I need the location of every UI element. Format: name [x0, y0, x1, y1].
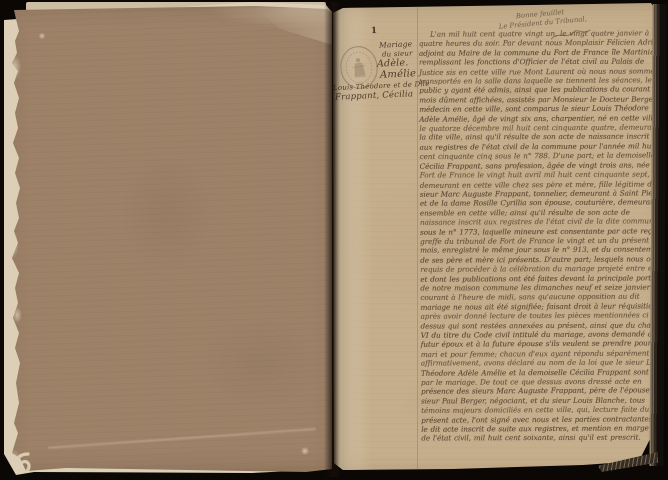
margin-note-line: Mariage: [379, 39, 413, 49]
manuscript-line: requis de procéder à la célébration du m…: [420, 264, 654, 275]
manuscript-line: la dite ville, ainsi qu'il résulte de so…: [419, 132, 653, 142]
manuscript-line: de l'état civil, mil huit cent soixante,…: [421, 433, 655, 443]
manuscript-line: témoins majeurs domiciliés en cette vill…: [421, 405, 655, 416]
page-edge-stack: [649, 4, 666, 466]
page-number: 1: [371, 26, 377, 36]
manuscript-line: mois, enregistré le même jour sous le n°…: [420, 245, 654, 255]
manuscript-line: par le mariage. De tout ce que dessus av…: [421, 377, 655, 388]
manuscript-line: transportés en la salle dans laquelle se…: [419, 75, 653, 86]
manuscript-line: demeurant en cette ville chez ses père e…: [420, 179, 654, 190]
scanned-register-photo: 1 Mariage du sieur Adèle. Amélie Louis T…: [0, 0, 668, 480]
paper-crease: [47, 412, 317, 465]
manuscript-line: cent cinquante cinq sous le n° 788. D'un…: [419, 151, 653, 162]
left-page: [6, 3, 336, 473]
manuscript-line: affirmativement, avons déclaré au nom de…: [421, 358, 655, 368]
manuscript-line: naissance inscrit aux registres de l'éta…: [420, 216, 654, 227]
binding-gutter-shadow: [324, 2, 340, 477]
manuscript-line: courant à l'heure de midi, sans qu'aucun…: [420, 292, 654, 303]
manuscript-text: L'an mil huit cent quatre vingt un, le v…: [419, 28, 656, 443]
manuscript-line: quatre heures du soir. Par devant nous M…: [419, 38, 653, 49]
margin-note-line: Frappant, Cécilia: [335, 89, 414, 102]
right-page: 1 Mariage du sieur Adèle. Amélie Louis T…: [333, 3, 665, 475]
manuscript-line: dessus qui sont restées annexées au prés…: [421, 320, 655, 330]
manuscript-line: mois dûment affichées, assistés par Mons…: [419, 94, 653, 104]
margin-note-line: Amélie: [380, 68, 417, 81]
margin-rule-line: [417, 5, 418, 469]
